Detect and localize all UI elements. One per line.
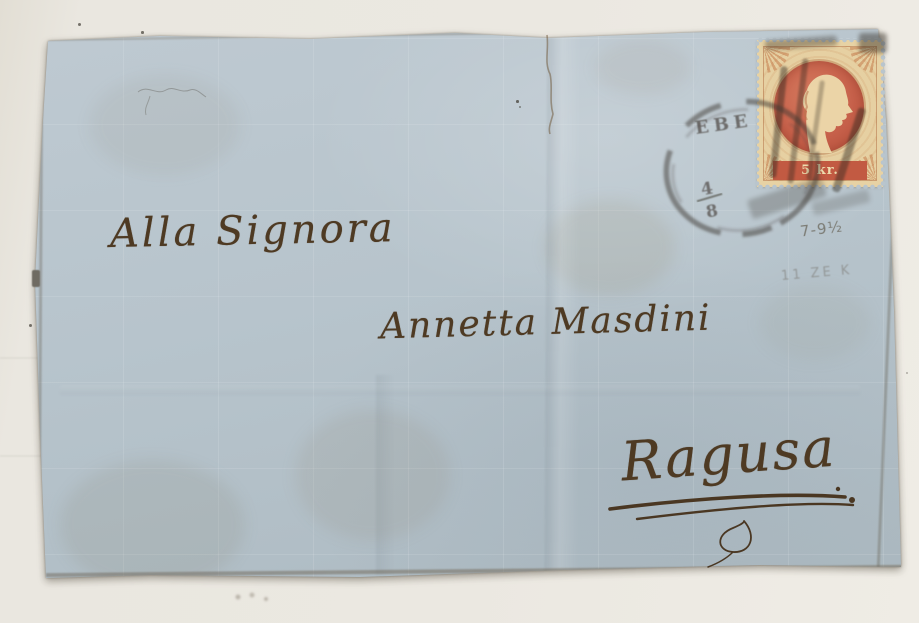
pencil-smudge	[230, 589, 276, 605]
paper-stain	[90, 75, 240, 175]
stamp-perforation-right	[880, 40, 886, 187]
address-recipient-name: Annetta Masdini	[380, 298, 713, 348]
stamp-perforation-left	[754, 40, 760, 187]
paper-stain	[760, 285, 870, 360]
vertical-fold-crease	[376, 375, 400, 575]
horizontal-fold-crease	[60, 385, 860, 395]
postage-stamp: 5 kr.	[757, 40, 883, 187]
ink-speck	[516, 100, 519, 103]
cancel-smudge	[859, 33, 887, 53]
ink-speck	[519, 106, 521, 108]
paper-stain	[595, 40, 690, 95]
address-salutation: Alla Signora	[110, 205, 397, 257]
edge-fragment	[32, 270, 40, 287]
paper-stain	[295, 410, 450, 540]
photo-of-postal-cover: 5 kr. Alla Signora Annetta Masdini Ragus…	[0, 0, 919, 623]
